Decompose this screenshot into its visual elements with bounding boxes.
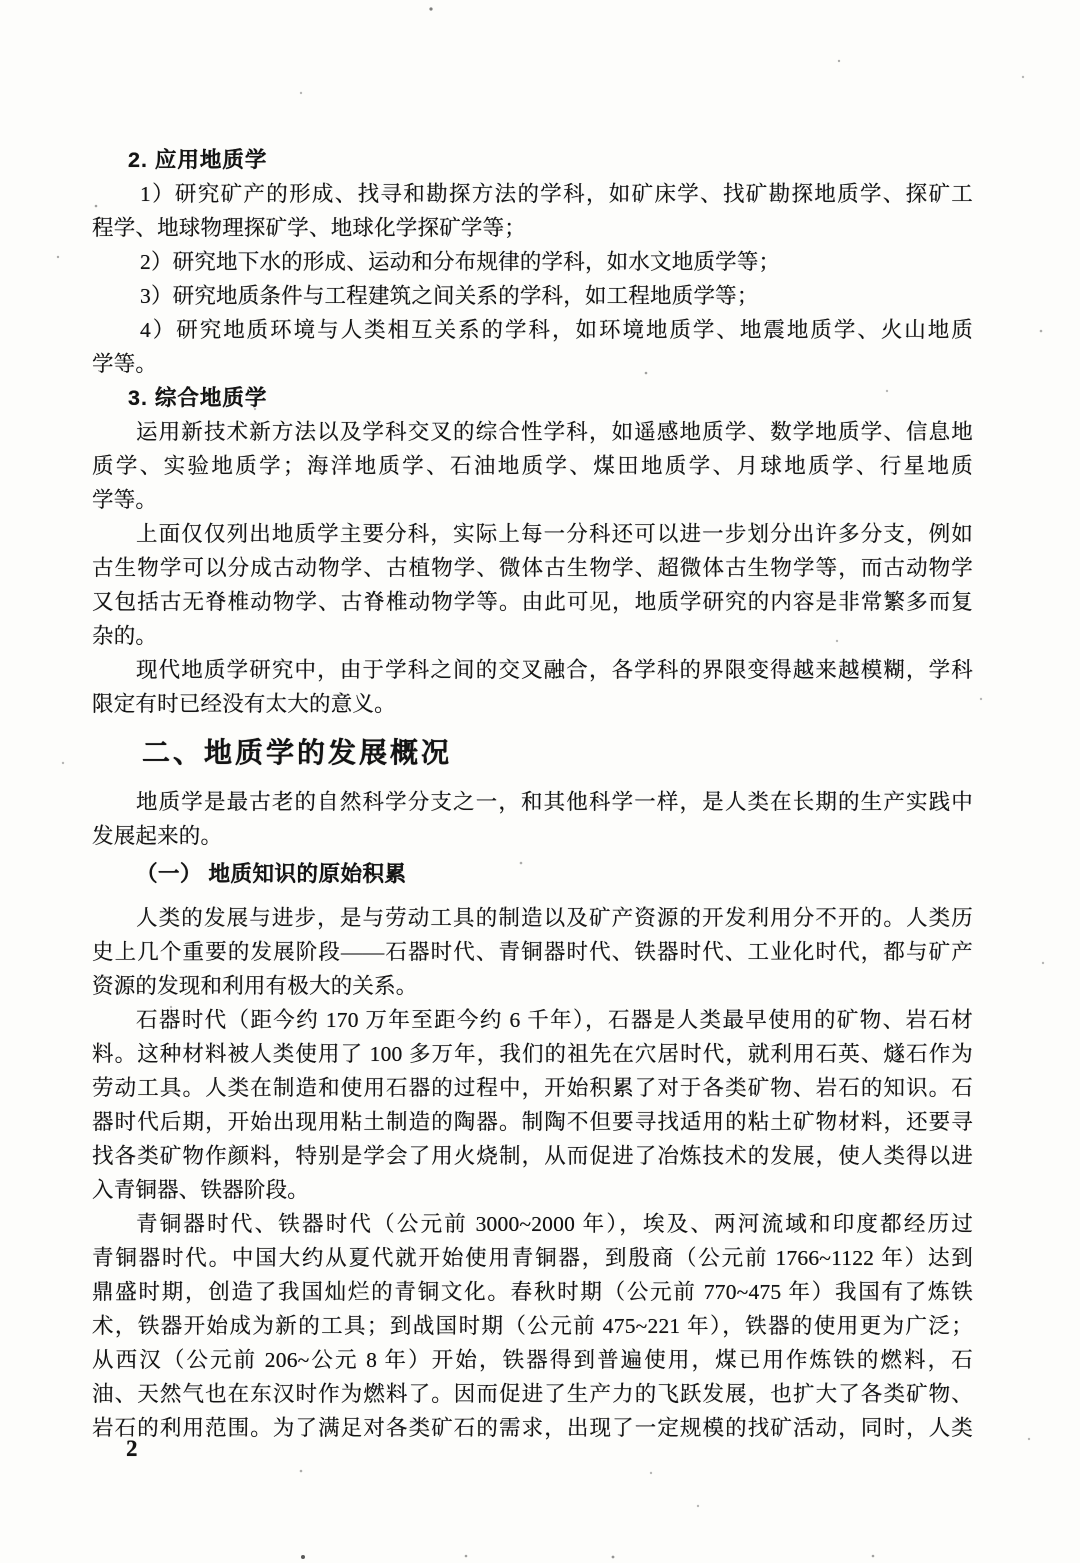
text-line: 上面仅仅列出地质学主要分科，实际上每一分科还可以进一步划分出许多分支，例如 [92, 517, 973, 551]
text-line: 发展起来的。 [92, 819, 973, 853]
text-line: 程学、地球物理探矿学、地球化学探矿学等； [92, 211, 973, 245]
text-line: 3）研究地质条件与工程建筑之间关系的学科，如工程地质学等； [92, 279, 973, 313]
text-line: 地质学是最古老的自然科学分支之一，和其他科学一样，是人类在长期的生产实践中 [92, 785, 973, 819]
text-line: 入青铜器、铁器阶段。 [92, 1173, 973, 1207]
text-line: 学等。 [92, 347, 973, 381]
text-line: 劳动工具。人类在制造和使用石器的过程中，开始积累了对于各类矿物、岩石的知识。石 [92, 1071, 973, 1105]
text-line: 杂的。 [92, 619, 973, 653]
text-line: 限定有时已经没有太大的意义。 [92, 687, 973, 721]
text-line: 岩石的利用范围。为了满足对各类矿石的需求，出现了一定规模的找矿活动，同时，人类 [92, 1411, 973, 1445]
page-number: 2 [126, 1436, 138, 1462]
text-line: 4）研究地质环境与人类相互关系的学科，如环境地质学、地震地质学、火山地质 [92, 313, 973, 347]
text-line: 1）研究矿产的形成、找寻和勘探方法的学科，如矿床学、找矿勘探地质学、探矿工 [92, 177, 973, 211]
scan-speckles [0, 0, 2, 2]
text-line: 找各类矿物作颜料，特别是学会了用火烧制，从而促进了冶炼技术的发展，使人类得以进 [92, 1139, 973, 1173]
text-line: 又包括古无脊椎动物学、古脊椎动物学等。由此可见，地质学研究的内容是非常繁多而复 [92, 585, 973, 619]
text-column: 2. 应用地质学1）研究矿产的形成、找寻和勘探方法的学科，如矿床学、找矿勘探地质… [92, 143, 973, 1445]
scanned-page: 2. 应用地质学1）研究矿产的形成、找寻和勘探方法的学科，如矿床学、找矿勘探地质… [0, 0, 1080, 1563]
text-line: 术，铁器开始成为新的工具；到战国时期（公元前 475~221 年），铁器的使用更… [92, 1309, 973, 1343]
text-line: 青铜器时代、铁器时代（公元前 3000~2000 年），埃及、两河流域和印度都经… [92, 1207, 973, 1241]
text-line: 石器时代（距今约 170 万年至距今约 6 千年），石器是人类最早使用的矿物、岩… [92, 1003, 973, 1037]
text-line: 史上几个重要的发展阶段——石器时代、青铜器时代、铁器时代、工业化时代，都与矿产 [92, 935, 973, 969]
text-line: 2）研究地下水的形成、运动和分布规律的学科，如水文地质学等； [92, 245, 973, 279]
text-line: 现代地质学研究中，由于学科之间的交叉融合，各学科的界限变得越来越模糊，学科 [92, 653, 973, 687]
text-line: 运用新技术新方法以及学科交叉的综合性学科，如遥感地质学、数学地质学、信息地 [92, 415, 973, 449]
text-line: 资源的发现和利用有极大的关系。 [92, 969, 973, 1003]
text-line: 从西汉（公元前 206~公元 8 年）开始，铁器得到普遍使用，煤已用作炼铁的燃料… [92, 1343, 973, 1377]
text-line: 质学、实验地质学；海洋地质学、石油地质学、煤田地质学、月球地质学、行星地质 [92, 449, 973, 483]
text-line: 鼎盛时期，创造了我国灿烂的青铜文化。春秋时期（公元前 770~475 年）我国有… [92, 1275, 973, 1309]
text-line: 器时代后期，开始出现用粘土制造的陶器。制陶不但要寻找适用的粘土矿物材料，还要寻 [92, 1105, 973, 1139]
text-line: 二、地质学的发展概况 [92, 731, 973, 775]
text-line: （一） 地质知识的原始积累 [92, 857, 973, 891]
text-line: 古生物学可以分成古动物学、古植物学、微体古生物学、超微体古生物学等，而古动物学 [92, 551, 973, 585]
text-line: 青铜器时代。中国大约从夏代就开始使用青铜器，到殷商（公元前 1766~1122 … [92, 1241, 973, 1275]
text-line: 学等。 [92, 483, 973, 517]
text-line: 人类的发展与进步，是与劳动工具的制造以及矿产资源的开发利用分不开的。人类历 [92, 901, 973, 935]
text-line: 2. 应用地质学 [92, 143, 973, 177]
text-line: 料。这种材料被人类使用了 100 多万年，我们的祖先在穴居时代，就利用石英、燧石… [92, 1037, 973, 1071]
text-line: 3. 综合地质学 [92, 381, 973, 415]
text-line: 油、天然气也在东汉时作为燃料了。因而促进了生产力的飞跃发展，也扩大了各类矿物、 [92, 1377, 973, 1411]
